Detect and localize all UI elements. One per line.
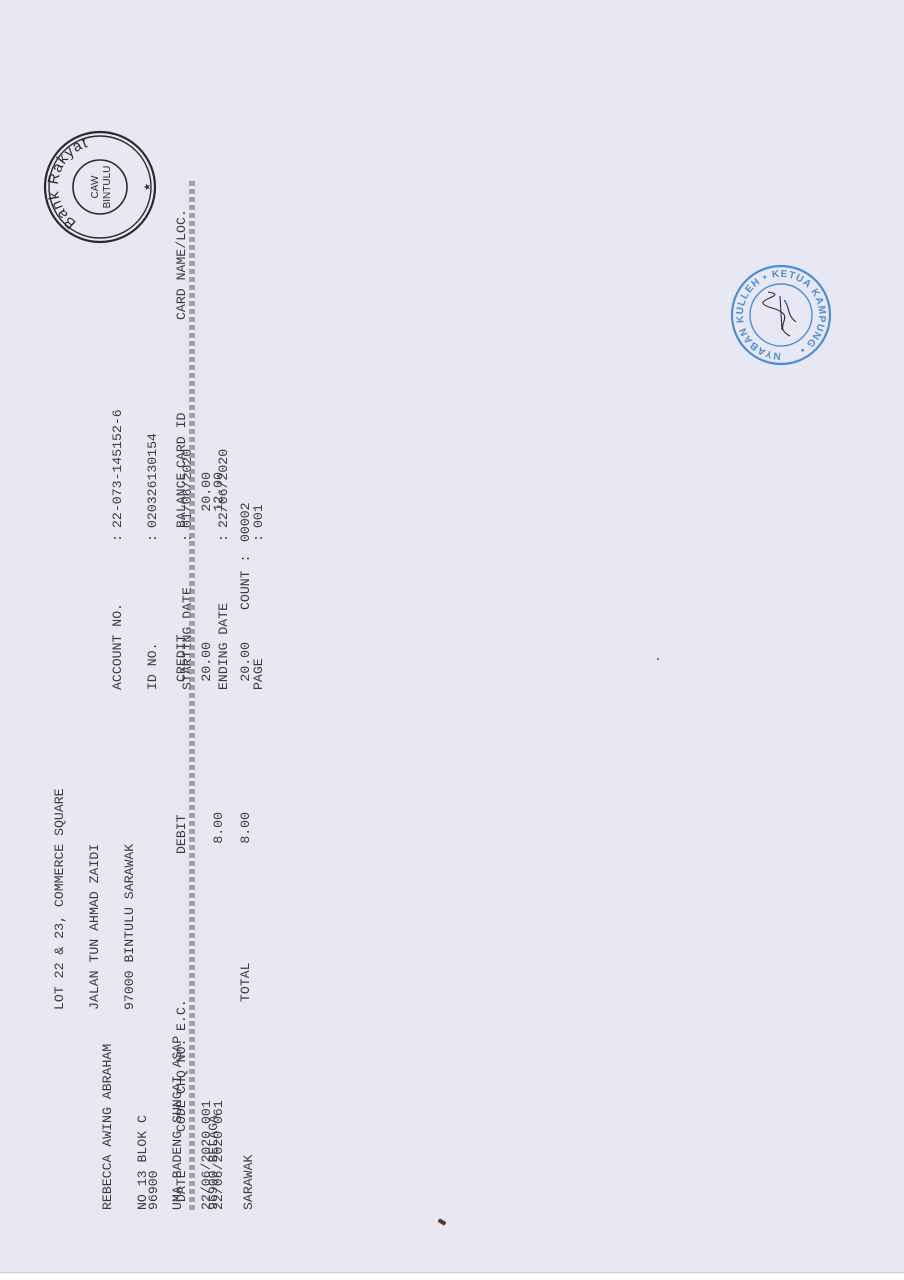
- customer-address-line: SARAWAK: [243, 1036, 255, 1210]
- field-label: ENDING DATE: [218, 542, 230, 690]
- cell-code: 061: [213, 1100, 225, 1124]
- paper-mark: [438, 1218, 447, 1225]
- header-debit: DEBIT: [176, 814, 188, 854]
- id-number: 020326130154: [147, 433, 159, 528]
- account-number-row: ACCOUNT NO.:22-073-145152-6: [112, 409, 124, 690]
- header-balance: BALANCE: [176, 473, 188, 528]
- cell-credit: 20.00: [201, 642, 213, 702]
- count-label: COUNT :: [240, 555, 252, 610]
- header-code: CODE: [176, 1100, 188, 1132]
- svg-text:CAW: CAW: [90, 175, 101, 199]
- header-chq-no: CHQ NO.: [176, 1039, 188, 1094]
- paper-mark: [657, 658, 659, 660]
- cell-debit: 8.00: [213, 812, 225, 872]
- page-row: PAGE:001: [253, 409, 265, 690]
- customer-postcode: 96900: [148, 1170, 160, 1210]
- header-card-id: CARD ID: [176, 413, 188, 468]
- count-value: 00002: [240, 502, 252, 542]
- customer-name: REBECCA AWING ABRAHAM: [102, 1036, 114, 1210]
- bank-branch-stamp-icon: Bank Rakyat CAW BINTULU ★: [42, 129, 158, 245]
- total-label: TOTAL: [240, 962, 252, 1002]
- svg-text:Bank Rakyat: Bank Rakyat: [45, 134, 90, 232]
- account-number: 22-073-145152-6: [112, 409, 124, 528]
- page-number: 001: [253, 504, 265, 528]
- village-head-stamp-icon: NYABAN KULLEH • KETUA KAMPUNG •: [730, 264, 832, 366]
- header-separator: [189, 180, 195, 1210]
- field-label: PAGE: [253, 542, 265, 690]
- ending-date-row: ENDING DATE:22/06/2020: [218, 409, 230, 690]
- bank-statement: LOT 22 & 23, COMMERCE SQUARE JALAN TUN A…: [0, 0, 904, 1272]
- svg-text:★: ★: [143, 183, 153, 191]
- header-ec: E.C.: [176, 999, 188, 1031]
- header-card-name: CARD NAME/LOC.: [176, 209, 188, 320]
- address-line: LOT 22 & 23, COMMERCE SQUARE: [54, 788, 66, 1010]
- cell-date: 22/06/2020: [213, 1131, 225, 1210]
- total-credit: 20.00: [240, 642, 252, 702]
- address-line: JALAN TUN AHMAD ZAIDI: [89, 788, 101, 1010]
- field-label: ID NO.: [147, 542, 159, 690]
- address-line: 97000 BINTULU SARAWAK: [124, 788, 136, 1010]
- bank-branch-address: LOT 22 & 23, COMMERCE SQUARE JALAN TUN A…: [30, 788, 160, 1010]
- id-number-row: ID NO.:020326130154: [147, 409, 159, 690]
- cell-balance: 12.00: [213, 472, 225, 532]
- scanned-page: LOT 22 & 23, COMMERCE SQUARE JALAN TUN A…: [0, 0, 904, 1273]
- total-debit: 8.00: [240, 812, 252, 872]
- svg-text:BINTULU: BINTULU: [102, 166, 113, 209]
- header-credit: CREDIT: [176, 635, 188, 682]
- field-label: ACCOUNT NO.: [112, 542, 124, 690]
- header-date: DATE: [176, 1170, 188, 1202]
